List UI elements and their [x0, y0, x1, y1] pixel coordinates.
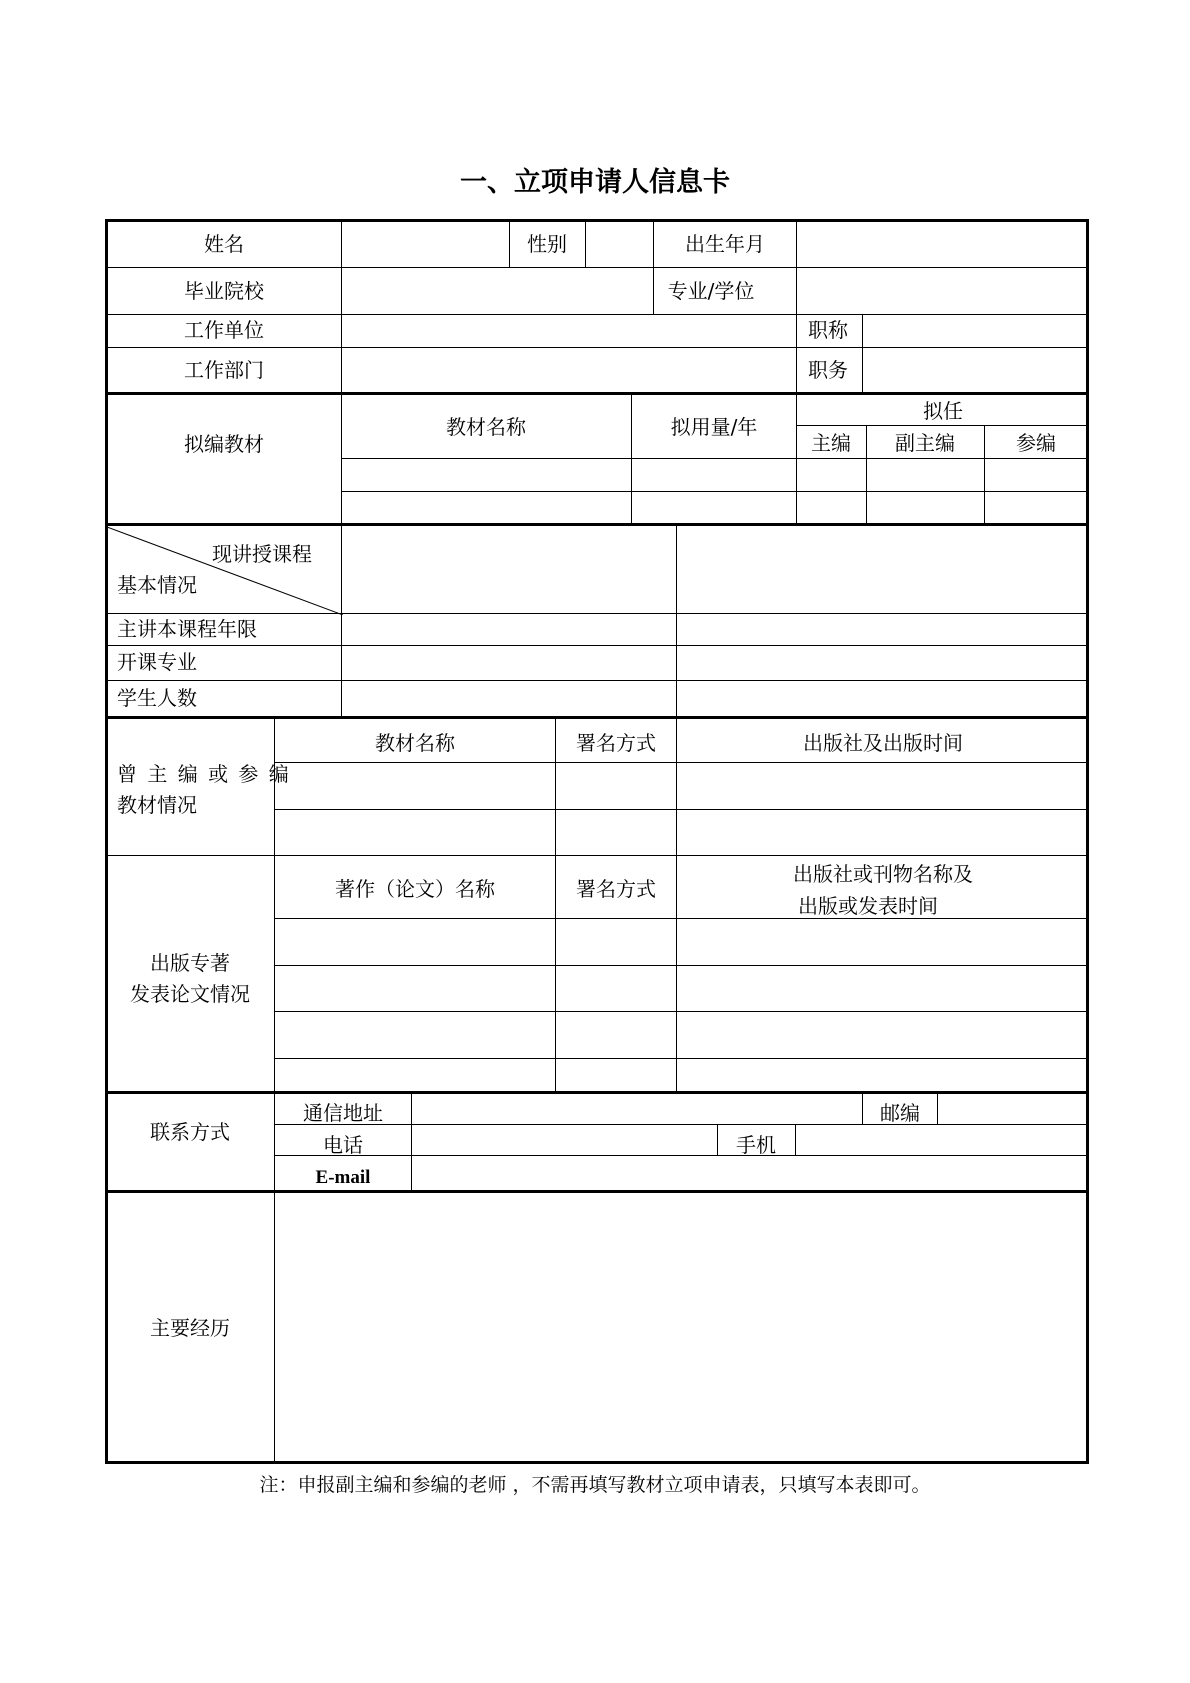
header-book-name: 教材名称: [446, 415, 526, 439]
col-divider: [676, 716, 677, 1091]
work-unit-field[interactable]: [342, 315, 796, 347]
label-teaching-years: 主讲本课程年限: [117, 617, 257, 641]
label-address: 通信地址: [303, 1101, 383, 1125]
header-usage: 拟用量/年: [671, 415, 758, 439]
label-prior-textbooks-2: 教材情况: [117, 793, 197, 817]
col-divider: [862, 1091, 863, 1124]
col-divider: [274, 716, 275, 1190]
col-divider: [717, 1124, 718, 1155]
row-divider: [275, 1011, 1089, 1012]
header-prior-book-name: 教材名称: [375, 731, 455, 755]
department-field[interactable]: [342, 348, 796, 392]
page-title: 一、立项申请人信息卡: [0, 160, 1190, 199]
footnote: 注：申报副主编和参编的老师 ，不需再填写教材立项申请表，只填写本表即可。: [0, 1470, 1190, 1497]
header-pubs-sign: 署名方式: [576, 877, 656, 901]
col-divider: [653, 222, 654, 314]
major-degree-field[interactable]: [797, 268, 1086, 314]
label-phone: 电话: [323, 1133, 363, 1157]
label-course-major: 开课专业: [117, 650, 197, 674]
col-divider: [866, 425, 867, 523]
diag-label-basic-info: 基本情况: [117, 573, 197, 597]
postcode-field[interactable]: [938, 1092, 1086, 1124]
label-mobile: 手机: [736, 1133, 776, 1157]
label-contact: 联系方式: [150, 1120, 230, 1144]
col-divider: [631, 392, 632, 523]
label-major-degree: 专业/学位: [668, 279, 755, 303]
header-pubs-publisher-2: 出版或发表时间: [798, 894, 938, 918]
label-pubs-2: 发表论文情况: [130, 982, 250, 1006]
row-divider: [275, 762, 1089, 763]
row-divider: [275, 918, 1089, 919]
col-divider: [676, 523, 677, 716]
label-school: 毕业院校: [184, 279, 264, 303]
section-divider: [107, 523, 1089, 526]
prof-title-field[interactable]: [863, 315, 1086, 347]
row-divider: [275, 1058, 1089, 1059]
label-prof-title: 职称: [808, 318, 848, 342]
row-divider: [107, 680, 1089, 681]
row-divider: [107, 645, 1089, 646]
header-co-editor: 参编: [1016, 431, 1056, 455]
address-field[interactable]: [412, 1092, 862, 1124]
header-deputy-editor: 副主编: [895, 431, 955, 455]
phone-field[interactable]: [412, 1125, 717, 1155]
header-role: 拟任: [923, 399, 963, 423]
position-field[interactable]: [863, 348, 1086, 392]
header-pubs-publisher-1: 出版社或刊物名称及: [793, 862, 973, 886]
header-work-name: 著作（论文）名称: [335, 877, 495, 901]
label-prior-textbooks-1: 曾 主 编 或 参 编: [117, 762, 291, 786]
label-pubs-1: 出版专著: [150, 951, 230, 975]
label-postcode: 邮编: [880, 1101, 920, 1125]
col-divider: [509, 222, 510, 267]
mobile-field[interactable]: [796, 1125, 1086, 1155]
name-field[interactable]: [342, 222, 509, 267]
label-experience: 主要经历: [150, 1316, 230, 1340]
row-divider: [275, 965, 1089, 966]
birth-field[interactable]: [797, 222, 1086, 267]
label-planned-textbook: 拟编教材: [184, 432, 264, 456]
email-field[interactable]: [412, 1156, 1086, 1190]
header-chief-editor: 主编: [811, 431, 851, 455]
gender-field[interactable]: [586, 222, 653, 267]
label-position: 职务: [808, 358, 848, 382]
header-prior-publisher: 出版社及出版时间: [803, 731, 963, 755]
section-divider: [107, 716, 1089, 719]
label-birth: 出生年月: [685, 232, 765, 256]
header-prior-sign: 署名方式: [576, 731, 656, 755]
label-name: 姓名: [204, 232, 244, 256]
label-email: E-mail: [316, 1166, 371, 1190]
label-department: 工作部门: [184, 358, 264, 382]
diagonal-header-line: [107, 527, 343, 615]
row-divider: [797, 425, 1089, 426]
diag-label-current-courses: 现讲授课程: [212, 542, 312, 566]
row-divider: [275, 809, 1089, 810]
row-divider: [342, 458, 1089, 459]
school-field[interactable]: [342, 268, 653, 314]
row-divider: [342, 491, 1089, 492]
label-work-unit: 工作单位: [184, 318, 264, 342]
experience-field[interactable]: [275, 1193, 1086, 1461]
col-divider: [555, 716, 556, 1091]
section-divider: [107, 855, 1089, 856]
label-student-count: 学生人数: [117, 686, 197, 710]
col-divider: [984, 425, 985, 523]
label-gender: 性别: [527, 232, 567, 256]
section-divider: [107, 392, 1089, 395]
